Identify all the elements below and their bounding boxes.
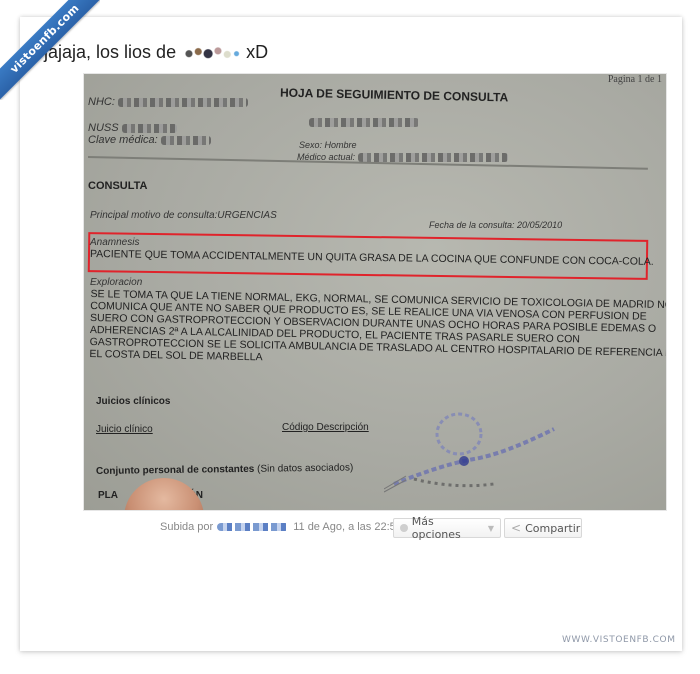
signature-icon bbox=[384, 404, 574, 494]
juicio-clinico: Juicio clínico bbox=[96, 424, 153, 435]
anamnesis-label: Anamnesis bbox=[90, 237, 139, 248]
options-dot-icon bbox=[400, 524, 408, 532]
sexo-field: Sexo: Hombre bbox=[299, 140, 357, 150]
more-options-button[interactable]: Más opciones ▼ bbox=[393, 518, 501, 538]
uploaded-by-label: Subida por bbox=[160, 521, 213, 533]
upload-meta: Subida por 11 de Ago, a las 22:59 bbox=[160, 521, 402, 533]
share-label: Compartir bbox=[525, 522, 580, 535]
site-watermark: WWW.VISTOENFB.COM bbox=[562, 635, 676, 645]
ribbon-label[interactable]: vistoenfb.com bbox=[0, 0, 100, 100]
motivo-consulta: Principal motivo de consulta:URGENCIAS bbox=[90, 210, 277, 221]
post-photo[interactable]: Pagina 1 de 1 HOJA DE SEGUIMIENTO DE CON… bbox=[83, 73, 667, 511]
share-icon: < bbox=[511, 521, 521, 535]
codigo-descripcion: Código Descripción bbox=[282, 422, 369, 433]
fecha-consulta: Fecha de la consulta: 20/05/2010 bbox=[429, 220, 562, 230]
share-button[interactable]: < Compartir bbox=[504, 518, 582, 538]
exploracion-label: Exploracion bbox=[90, 277, 142, 288]
thumb bbox=[124, 478, 204, 511]
site-ribbon[interactable]: vistoenfb.com bbox=[0, 0, 100, 100]
blurred-username[interactable] bbox=[217, 523, 289, 531]
clave-label: Clave médica: bbox=[88, 134, 211, 146]
upload-date: 11 de Ago, a las 22:59 bbox=[293, 521, 402, 533]
redacted-field bbox=[309, 114, 419, 132]
blurred-name bbox=[182, 46, 240, 60]
constantes: Conjunto personal de constantes (Sin dat… bbox=[96, 462, 353, 477]
plan-left: PLA bbox=[98, 490, 118, 501]
chevron-down-icon: ▼ bbox=[488, 524, 494, 533]
page-number: Pagina 1 de 1 bbox=[608, 74, 662, 85]
nuss-label: NUSS bbox=[88, 122, 177, 134]
exploracion-text: SE LE TOMA TA QUE LA TIENE NORMAL, EKG, … bbox=[89, 288, 667, 371]
juicios-label: Juicios clínicos bbox=[96, 396, 170, 407]
more-options-label: Más opciones bbox=[412, 515, 484, 541]
nhc-label: NHC: bbox=[88, 96, 248, 108]
section-consulta: CONSULTA bbox=[88, 180, 147, 192]
document-header: HOJA DE SEGUIMIENTO DE CONSULTA bbox=[280, 86, 508, 105]
title-suffix: xD bbox=[246, 42, 268, 63]
